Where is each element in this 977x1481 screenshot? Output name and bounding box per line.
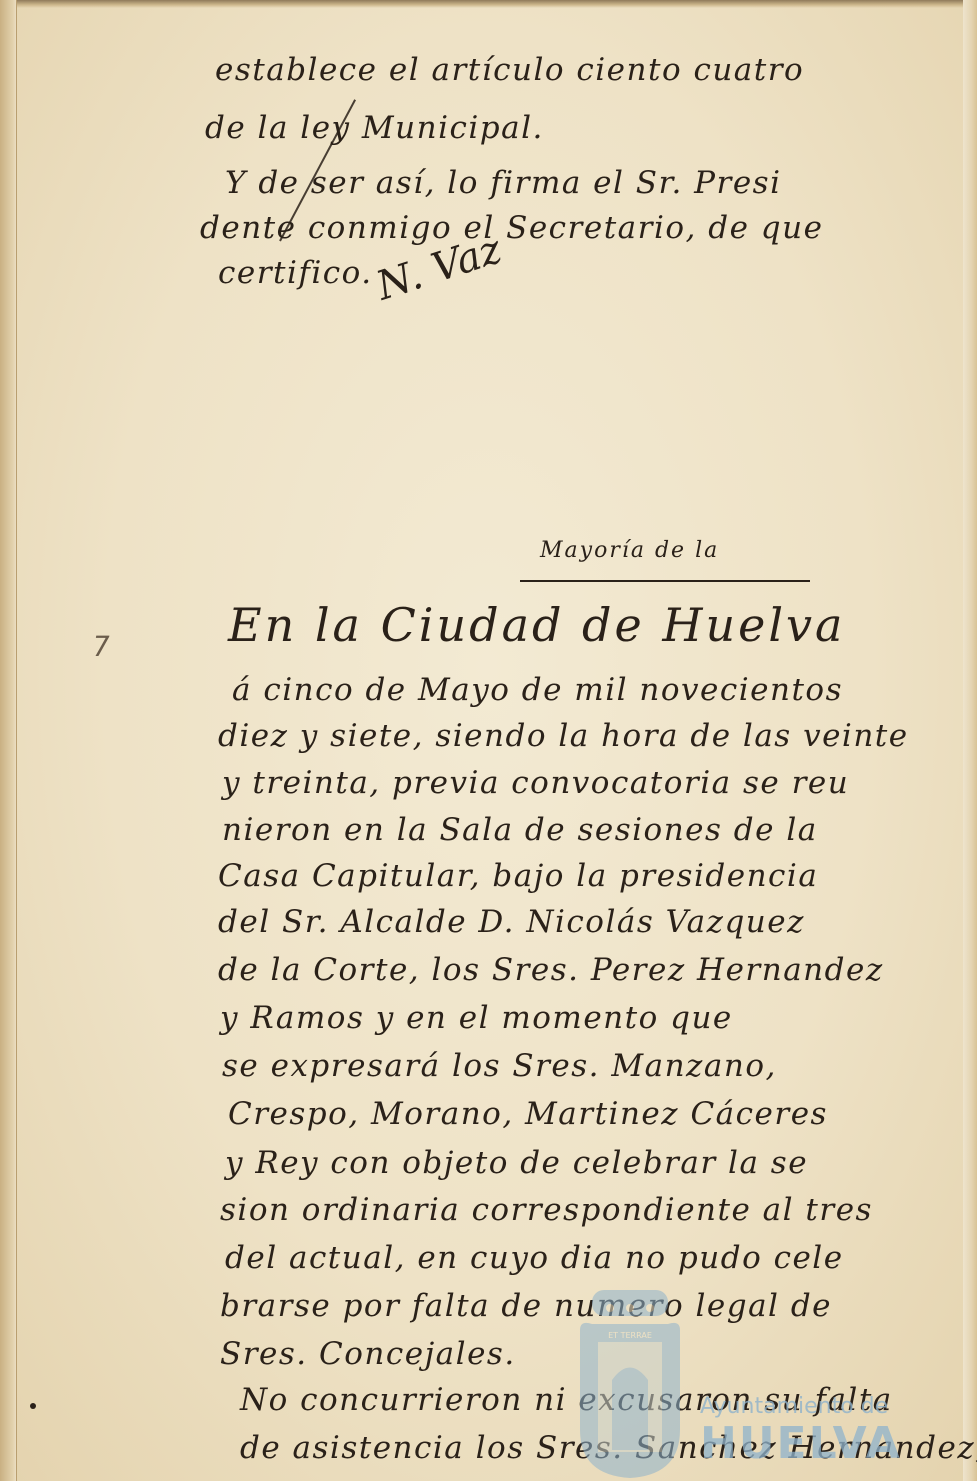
watermark-text: Ayuntamiento de <box>700 1394 888 1419</box>
text-line: sion ordinaria correspondiente al tres <box>220 1192 873 1228</box>
text-line: Casa Capitular, bajo la presidencia <box>218 858 818 894</box>
huelva-crest-watermark-icon: ET TERRAE <box>570 1280 690 1480</box>
text-line: se expresará los Sres. Manzano, <box>222 1048 777 1084</box>
marginal-title: Mayoría de la <box>540 538 719 563</box>
entry-heading: En la Ciudad de Huelva <box>228 598 845 652</box>
text-line: de la ley Municipal. <box>205 110 544 146</box>
ink-dot <box>30 1403 36 1409</box>
text-line: á cinco de Mayo de mil novecientos <box>232 672 843 708</box>
text-line: y Ramos y en el momento que <box>220 1000 733 1036</box>
text-line: nieron en la Sala de sesiones de la <box>222 812 818 848</box>
binding-left-edge <box>0 0 17 1481</box>
text-line: del actual, en cuyo dia no pudo cele <box>225 1240 844 1276</box>
text-line: Sres. Concejales. <box>220 1336 516 1372</box>
title-underline <box>520 580 810 582</box>
text-line: del Sr. Alcalde D. Nicolás Vazquez <box>218 904 805 940</box>
document-page: establece el artículo ciento cuatro de l… <box>0 0 977 1481</box>
text-line: y treinta, previa convocatoria se reu <box>222 765 849 801</box>
text-line: brarse por falta de numero legal de <box>220 1288 832 1324</box>
binding-right-edge <box>963 0 977 1481</box>
watermark-title: HUELVA <box>700 1418 902 1469</box>
text-line: de la Corte, los Sres. Perez Hernandez <box>218 952 884 988</box>
text-line: Crespo, Morano, Martinez Cáceres <box>228 1096 828 1132</box>
text-line: diez y siete, siendo la hora de las vein… <box>218 718 909 754</box>
text-line: certifico. <box>218 255 373 291</box>
page-top-edge <box>0 0 977 8</box>
margin-note: 7 <box>89 630 113 663</box>
text-line: establece el artículo ciento cuatro <box>215 52 804 88</box>
svg-text:ET TERRAE: ET TERRAE <box>608 1331 652 1340</box>
text-line: y Rey con objeto de celebrar la se <box>225 1145 808 1181</box>
